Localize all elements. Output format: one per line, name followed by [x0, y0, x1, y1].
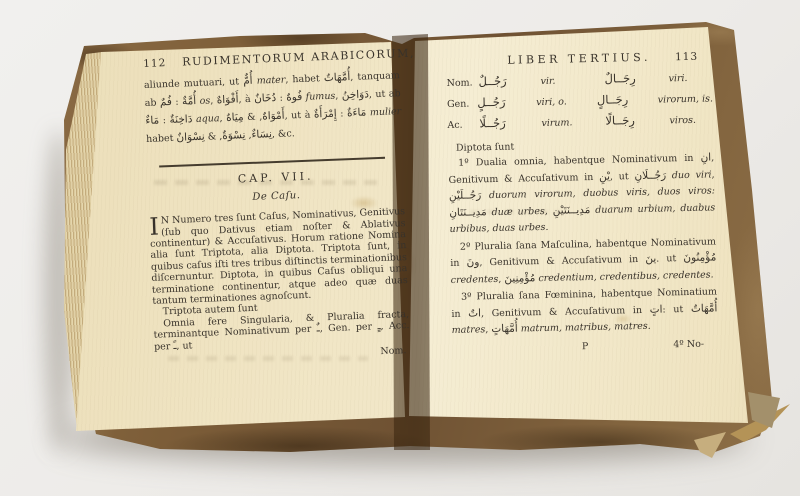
arabic-plural: رِجَــالًا — [605, 114, 669, 127]
arabic-plural: رِجَــالٌ — [604, 72, 668, 85]
left-page-number: 112 — [143, 58, 166, 70]
right-catchword: 4º No- — [673, 338, 704, 351]
drop-cap-initial: I — [149, 217, 159, 238]
body-paragraph: I N Numero tres ſunt Caſus, Nominativus,… — [149, 206, 408, 307]
case-label: Nom. — [446, 77, 478, 90]
latin-plural: viri. — [668, 73, 687, 85]
right-page-number: 113 — [675, 51, 698, 63]
latin-singular: viri, o. — [536, 96, 597, 109]
body-text: N Numero tres ſunt Caſus, Nominativus, G… — [150, 206, 408, 307]
latin-plural: virorum, is. — [658, 93, 714, 106]
case-label: Gen. — [447, 98, 478, 111]
latin-singular: vir. — [540, 75, 604, 88]
intro-paragraph: aliunde mutuari, ut أُمٌّ mater, habet أ… — [144, 68, 403, 150]
section-heading: De Caſu. — [148, 186, 404, 207]
case-label: Ac. — [447, 119, 479, 132]
photo-background: 112 RUDIMENTORUM ARABICORUM, aliunde mut… — [0, 0, 800, 496]
left-page-content: 112 RUDIMENTORUM ARABICORUM, aliunde mut… — [143, 48, 411, 366]
signature-mark: P — [582, 341, 589, 353]
arabic-singular: رَجُــلٌ — [478, 75, 540, 88]
arabic-singular: رَجُــلًا — [479, 117, 541, 130]
chapter-heading: CAP. VII. — [148, 167, 404, 188]
section-rule — [159, 157, 385, 168]
numbered-item-1: 1º Dualia omnia, habentque Nominativum i… — [448, 150, 716, 238]
numbered-item-2: 2º Pluralia ſana Maſculina, habentque No… — [450, 234, 717, 289]
arabic-plural: رِجَــالٍ — [597, 94, 658, 107]
arabic-singular: رَجُــلٍ — [477, 96, 536, 109]
right-running-title: LIBER TERTIUS. — [507, 52, 651, 67]
table-row: Ac. رَجُــلًا virum. رِجَــالًا viros. — [447, 113, 713, 140]
declension-table: Nom. رَجُــلٌ vir. رِجَــالٌ viri. Gen. … — [446, 71, 713, 140]
latin-plural: viros. — [669, 115, 696, 128]
right-page-content: LIBER TERTIUS. 113 Nom. رَجُــلٌ vir. رِ… — [446, 50, 718, 356]
numbered-item-3: 3º Pluralia ſana Fœminina, habentque Nom… — [451, 284, 718, 339]
latin-singular: virum. — [541, 117, 605, 130]
